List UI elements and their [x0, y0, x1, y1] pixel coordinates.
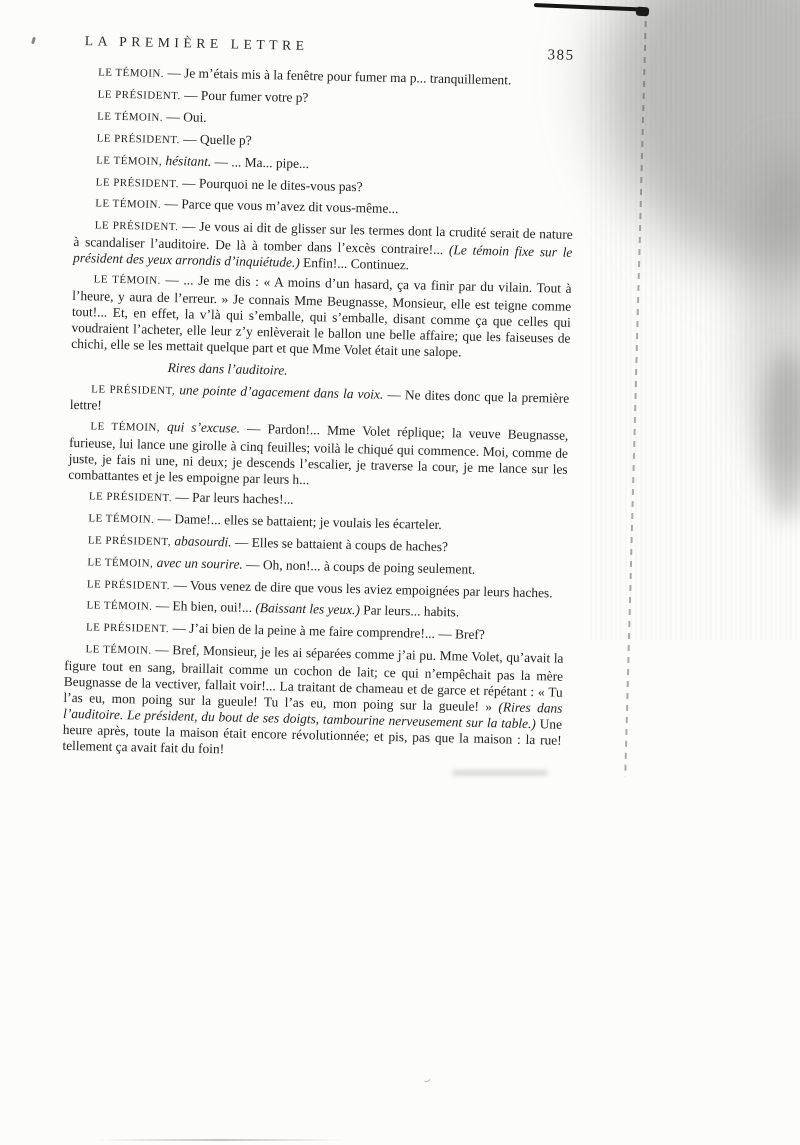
speech-text: Enfin!... Continuez. [300, 255, 410, 272]
speech-text: — Pour fumer votre p? [181, 87, 309, 105]
stage-note: avec un sourire. [153, 554, 243, 571]
speaker-name: LE TÉMOIN. [85, 644, 151, 657]
dialogue-paragraph: LE PRÉSIDENT. — Je vous ai dit de glisse… [73, 216, 573, 277]
speaker-name: LE PRÉSIDENT, [88, 534, 171, 548]
page-edge-dotted-line [624, 9, 646, 777]
scan-shadow-top-right [543, 0, 800, 330]
speaker-name: LE PRÉSIDENT. [87, 578, 170, 592]
page-number: 385 [547, 47, 574, 65]
speech-text: — Parce que vous m’avez dit vous-même... [161, 196, 399, 216]
dialogue-paragraph: LE TÉMOIN. — Bref, Monsieur, je les ai s… [62, 640, 563, 764]
running-header-title: LA PREMIÈRE LETTRE [85, 33, 309, 54]
speech-text: — Elles se battaient à coups de haches? [231, 534, 448, 554]
book-page: { "page": { "header": { "title": "LA PRE… [0, 0, 800, 1145]
speaker-name: LE PRÉSIDENT. [86, 622, 169, 636]
speaker-name: LE PRÉSIDENT. [95, 220, 179, 234]
speech-text: — Vous venez de dire que vous les aviez … [170, 577, 553, 600]
speech-text: — Eh bien, oui!... [152, 598, 255, 615]
scan-bottom-line [95, 1139, 345, 1141]
stage-note: Rires dans l’auditoire. [168, 360, 288, 378]
running-header: LA PREMIÈRE LETTRE 385 [85, 33, 575, 61]
speech-text: — Oui. [163, 109, 207, 125]
speaker-name: LE TÉMOIN. [88, 512, 154, 525]
speech-text: — Je m’étais mis à la fenêtre pour fumer… [164, 65, 512, 88]
speech-text: — Dame!... elles se battaient; je voulai… [154, 511, 442, 532]
speaker-name: LE TÉMOIN. [86, 600, 152, 613]
page-content: LA PREMIÈRE LETTRE 385 LE TÉMOIN. — Je m… [62, 33, 577, 768]
text-flow: LE TÉMOIN. — Je m’étais mis à la fenêtre… [62, 63, 576, 764]
stage-note: abasourdi. [171, 533, 232, 549]
speaker-name: LE PRÉSIDENT. [98, 88, 181, 102]
speaker-name: LE PRÉSIDENT. [89, 490, 172, 504]
speaker-name: LE PRÉSIDENT. [96, 176, 179, 190]
speaker-name: LE PRÉSIDENT, [91, 383, 175, 397]
scanner-striping [590, 0, 800, 640]
stage-note: une pointe d’agacement dans la voix. [175, 382, 383, 402]
dialogue-paragraph: LE TÉMOIN, qui s’excuse. — Pardon!... Mm… [68, 417, 568, 493]
speech-text: — Oh, non!... à coups de poing seulement… [243, 556, 476, 576]
speech-text: — Quelle p? [180, 131, 252, 148]
dialogue-paragraph: LE TÉMOIN. — ... Je me dis : « A moins d… [71, 270, 572, 362]
speech-text: — Par leurs haches!... [172, 489, 294, 507]
speaker-name: LE TÉMOIN. [98, 66, 164, 79]
speaker-name: LE TÉMOIN. [95, 198, 161, 211]
speech-text: Par leurs... habits. [360, 603, 460, 620]
speaker-name: LE TÉMOIN, [90, 421, 160, 435]
ink-speck [31, 37, 36, 45]
dialogue-paragraph: LE PRÉSIDENT, une pointe d’agacement dan… [70, 379, 570, 424]
stage-note: (Baissant les yeux.) [255, 600, 360, 617]
scratch-mark [422, 1073, 431, 1083]
stage-note: hésitant. [162, 152, 211, 168]
scan-shadow-dark-streak [762, 350, 800, 520]
speech-text: — Pourquoi ne le dites-vous pas? [179, 175, 363, 194]
speech-text: — ... Ma... pipe... [211, 154, 309, 171]
speech-text: — J’ai bien de la peine à me faire compr… [169, 621, 485, 643]
speaker-name: LE TÉMOIN. [97, 110, 163, 123]
scan-pen-mark [534, 3, 646, 11]
scan-smudge [452, 770, 548, 776]
stage-direction: Rires dans l’auditoire. [168, 360, 570, 385]
speaker-name: LE TÉMOIN, [96, 154, 162, 167]
speaker-name: LE TÉMOIN. [93, 273, 160, 286]
speaker-name: LE TÉMOIN, [87, 556, 153, 569]
scan-shadow-right-edge [742, 150, 800, 480]
speaker-name: LE PRÉSIDENT. [97, 132, 180, 146]
scan-pen-mark-end [636, 7, 650, 17]
stage-note: qui s’excuse. [160, 419, 240, 436]
